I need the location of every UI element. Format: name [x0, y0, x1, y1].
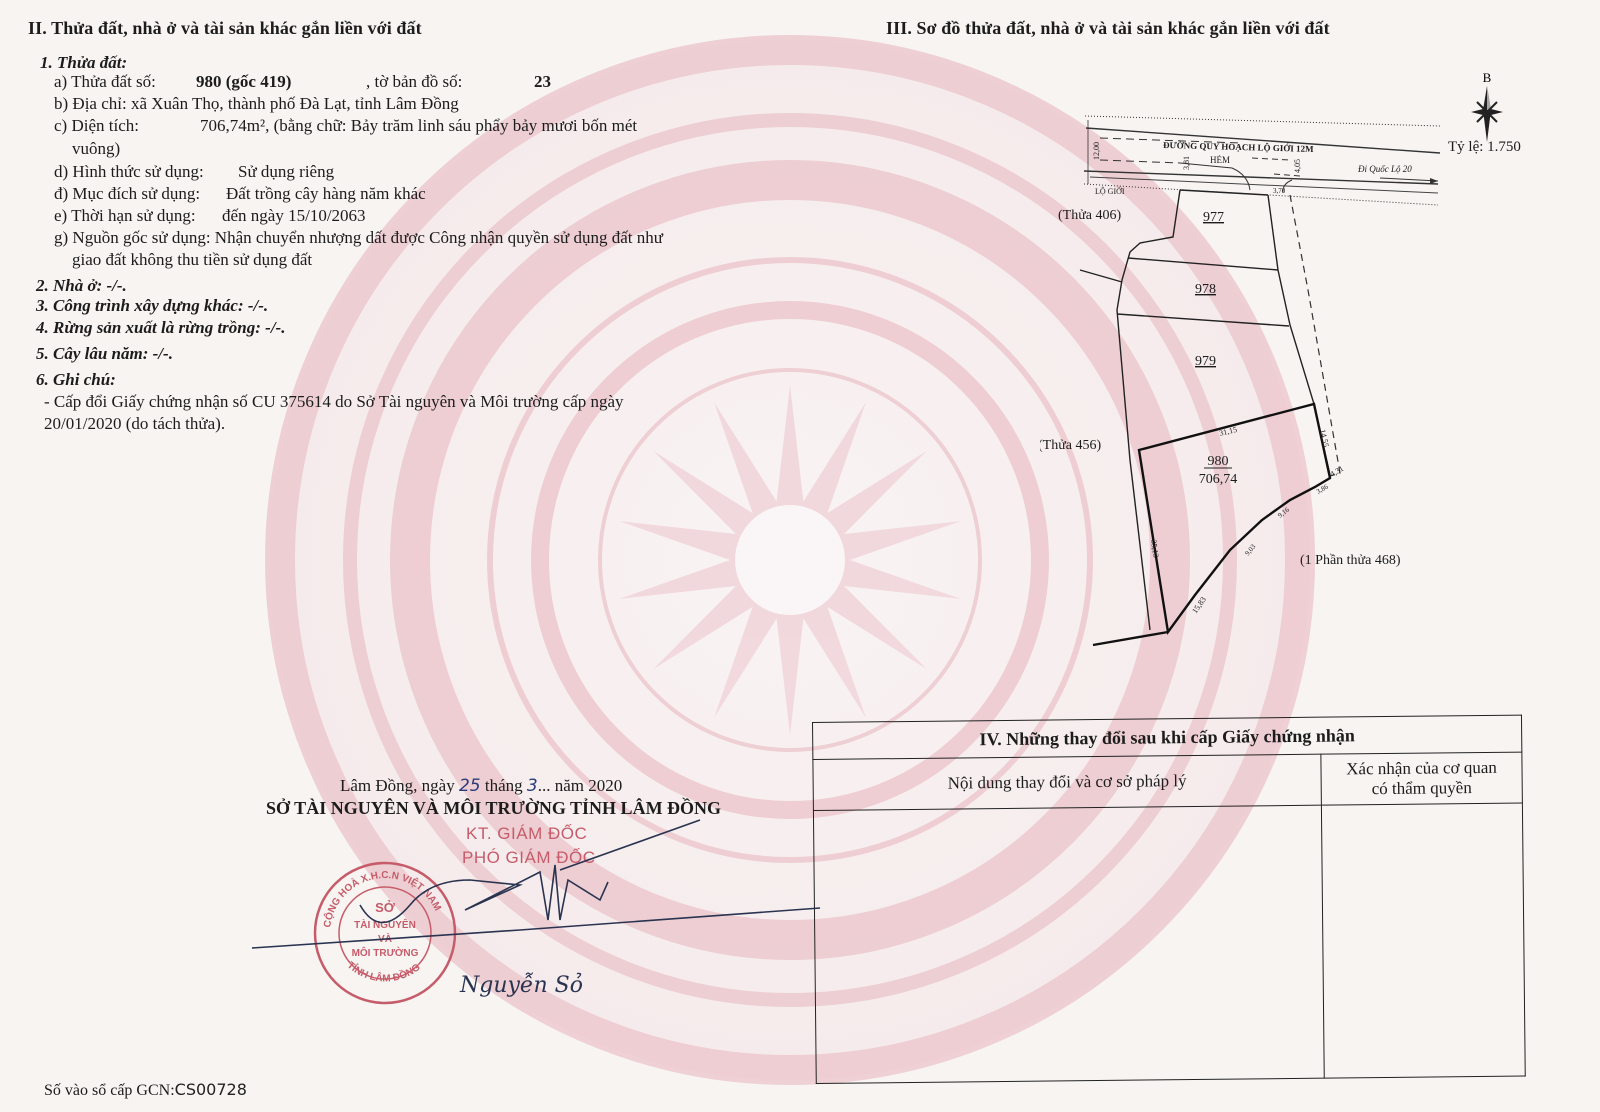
usage-term-row: e) Thời hạn sử dụng:đến ngày 15/10/2063	[54, 206, 366, 226]
usage-term-value: đến ngày 15/10/2063	[222, 206, 366, 225]
register-number: Số vào sổ cấp GCN:CS00728	[44, 1080, 247, 1100]
svg-text:977: 977	[1203, 210, 1224, 225]
origin-value-cont: giao đất không thu tiền sử dụng đất	[72, 250, 312, 270]
svg-text:(1 Phần thửa 468): (1 Phần thửa 468)	[1300, 553, 1401, 568]
year-label: năm 2020	[555, 776, 623, 795]
other-construction-row: 3. Công trình xây dựng khác: -/-.	[36, 296, 268, 316]
usage-form-label: d) Hình thức sử dụng:	[54, 162, 238, 182]
svg-text:706,74: 706,74	[1199, 472, 1238, 487]
svg-text:(Thửa 406): (Thửa 406)	[1058, 208, 1122, 223]
svg-text:31,15: 31,15	[1218, 425, 1238, 438]
change-content-cell	[813, 805, 1324, 1083]
area-row: c) Diện tích:706,74m², (bằng chữ: Bảy tr…	[54, 116, 637, 136]
svg-text:(Thửa 456): (Thửa 456)	[1040, 438, 1102, 453]
place-date-prefix: Lâm Đồng, ngày	[340, 776, 455, 795]
col-authority-line2: có thẩm quyền	[1372, 778, 1472, 798]
parcel-number-row: a) Thửa đất số:980 (gốc 419), tờ bản đồ …	[54, 72, 551, 92]
house-row: 2. Nhà ở: -/-.	[36, 276, 127, 296]
signer-name: Nguyễn Sỏ	[459, 971, 583, 998]
notes-line-2: 20/01/2020 (do tách thửa).	[44, 414, 225, 434]
usage-term-label: e) Thời hạn sử dụng:	[54, 206, 222, 226]
col-authority-confirmation: Xác nhận của cơ quan có thẩm quyền	[1321, 752, 1523, 805]
cadastral-map: ĐƯỜNG QUY HOẠCH LỘ GIỚI 12M HẺM LỘ GIỚI …	[1040, 100, 1490, 660]
address-label: b) Địa chỉ:	[54, 94, 127, 113]
svg-text:978: 978	[1195, 282, 1216, 297]
register-value: CS00728	[175, 1080, 247, 1099]
north-label: B	[1483, 72, 1492, 85]
origin-row: g) Nguồn gốc sử dụng: Nhận chuyển nhượng…	[54, 228, 663, 248]
origin-value: Nhận chuyển nhượng dất được Công nhận qu…	[215, 228, 663, 247]
svg-text:4,05: 4,05	[1293, 159, 1302, 173]
register-label: Số vào sổ cấp GCN:	[44, 1082, 175, 1099]
col-change-content: Nội dung thay đổi và cơ sở pháp lý	[813, 754, 1322, 810]
area-label: c) Diện tích:	[54, 116, 200, 136]
svg-text:980: 980	[1208, 454, 1229, 469]
section-ii-title: II. Thửa đất, nhà ở và tài sản khác gắn …	[28, 18, 422, 39]
svg-text:979: 979	[1195, 354, 1216, 369]
origin-label: g) Nguồn gốc sử dụng:	[54, 228, 211, 247]
place-date: Lâm Đồng, ngày 25 tháng 3... năm 2020	[340, 776, 622, 796]
parcel-number-value: 980 (gốc 419)	[196, 72, 366, 92]
notes-line-1: - Cấp đổi Giấy chứng nhận số CU 375614 d…	[44, 392, 624, 412]
date-day: 25	[459, 776, 481, 796]
month-label: tháng	[485, 776, 523, 795]
notes-heading: 6. Ghi chú:	[36, 370, 116, 390]
col-authority-line1: Xác nhận của cơ quan	[1346, 758, 1497, 779]
address-value: xã Xuân Thọ, thành phố Đà Lạt, tỉnh Lâm …	[131, 94, 459, 113]
perennial-row: 5. Cây lâu năm: -/-.	[36, 344, 173, 364]
area-value: 706,74m², (bằng chữ: Bảy trăm linh sáu p…	[200, 116, 637, 135]
authority-cell	[1321, 803, 1525, 1078]
svg-text:12,00: 12,00	[1092, 142, 1101, 160]
svg-text:Đi Quốc Lộ 20: Đi Quốc Lộ 20	[1357, 164, 1412, 174]
section-iii-title: III. Sơ đồ thửa đất, nhà ở và tài sản kh…	[886, 18, 1330, 39]
usage-purpose-value: Đất trồng cây hàng năm khác	[226, 184, 426, 203]
svg-text:4,31: 4,31	[1329, 464, 1346, 479]
usage-purpose-label: đ) Mục đích sử dụng:	[54, 184, 226, 204]
changes-table: IV. Những thay đổi sau khi cấp Giấy chứn…	[812, 715, 1526, 1084]
svg-text:LỘ GIỚI: LỘ GIỚI	[1095, 186, 1125, 196]
address-row: b) Địa chỉ: xã Xuân Thọ, thành phố Đà Lạ…	[54, 94, 459, 114]
parcel-heading: 1. Thửa đất:	[40, 53, 127, 73]
usage-purpose-row: đ) Mục đích sử dụng:Đất trồng cây hàng n…	[54, 184, 426, 204]
svg-text:35,13: 35,13	[1149, 539, 1160, 558]
date-month: 3	[527, 776, 538, 796]
svg-text:HẺM: HẺM	[1210, 155, 1230, 165]
usage-form-row: d) Hình thức sử dụng:Sử dụng riêng	[54, 162, 334, 182]
svg-text:9,03: 9,03	[1243, 542, 1257, 557]
svg-text:14,55: 14,55	[1318, 429, 1331, 448]
map-sheet-value: 23	[534, 72, 551, 91]
area-value-cont: vuông)	[72, 139, 120, 159]
signature-strokes: Nguyễn Sỏ	[250, 810, 850, 1010]
map-sheet-label: , tờ bản đồ số:	[366, 72, 534, 92]
usage-form-value: Sử dụng riêng	[238, 162, 334, 181]
forest-row: 4. Rừng sản xuất là rừng trồng: -/-.	[36, 318, 285, 338]
parcel-number-label: a) Thửa đất số:	[54, 72, 196, 92]
